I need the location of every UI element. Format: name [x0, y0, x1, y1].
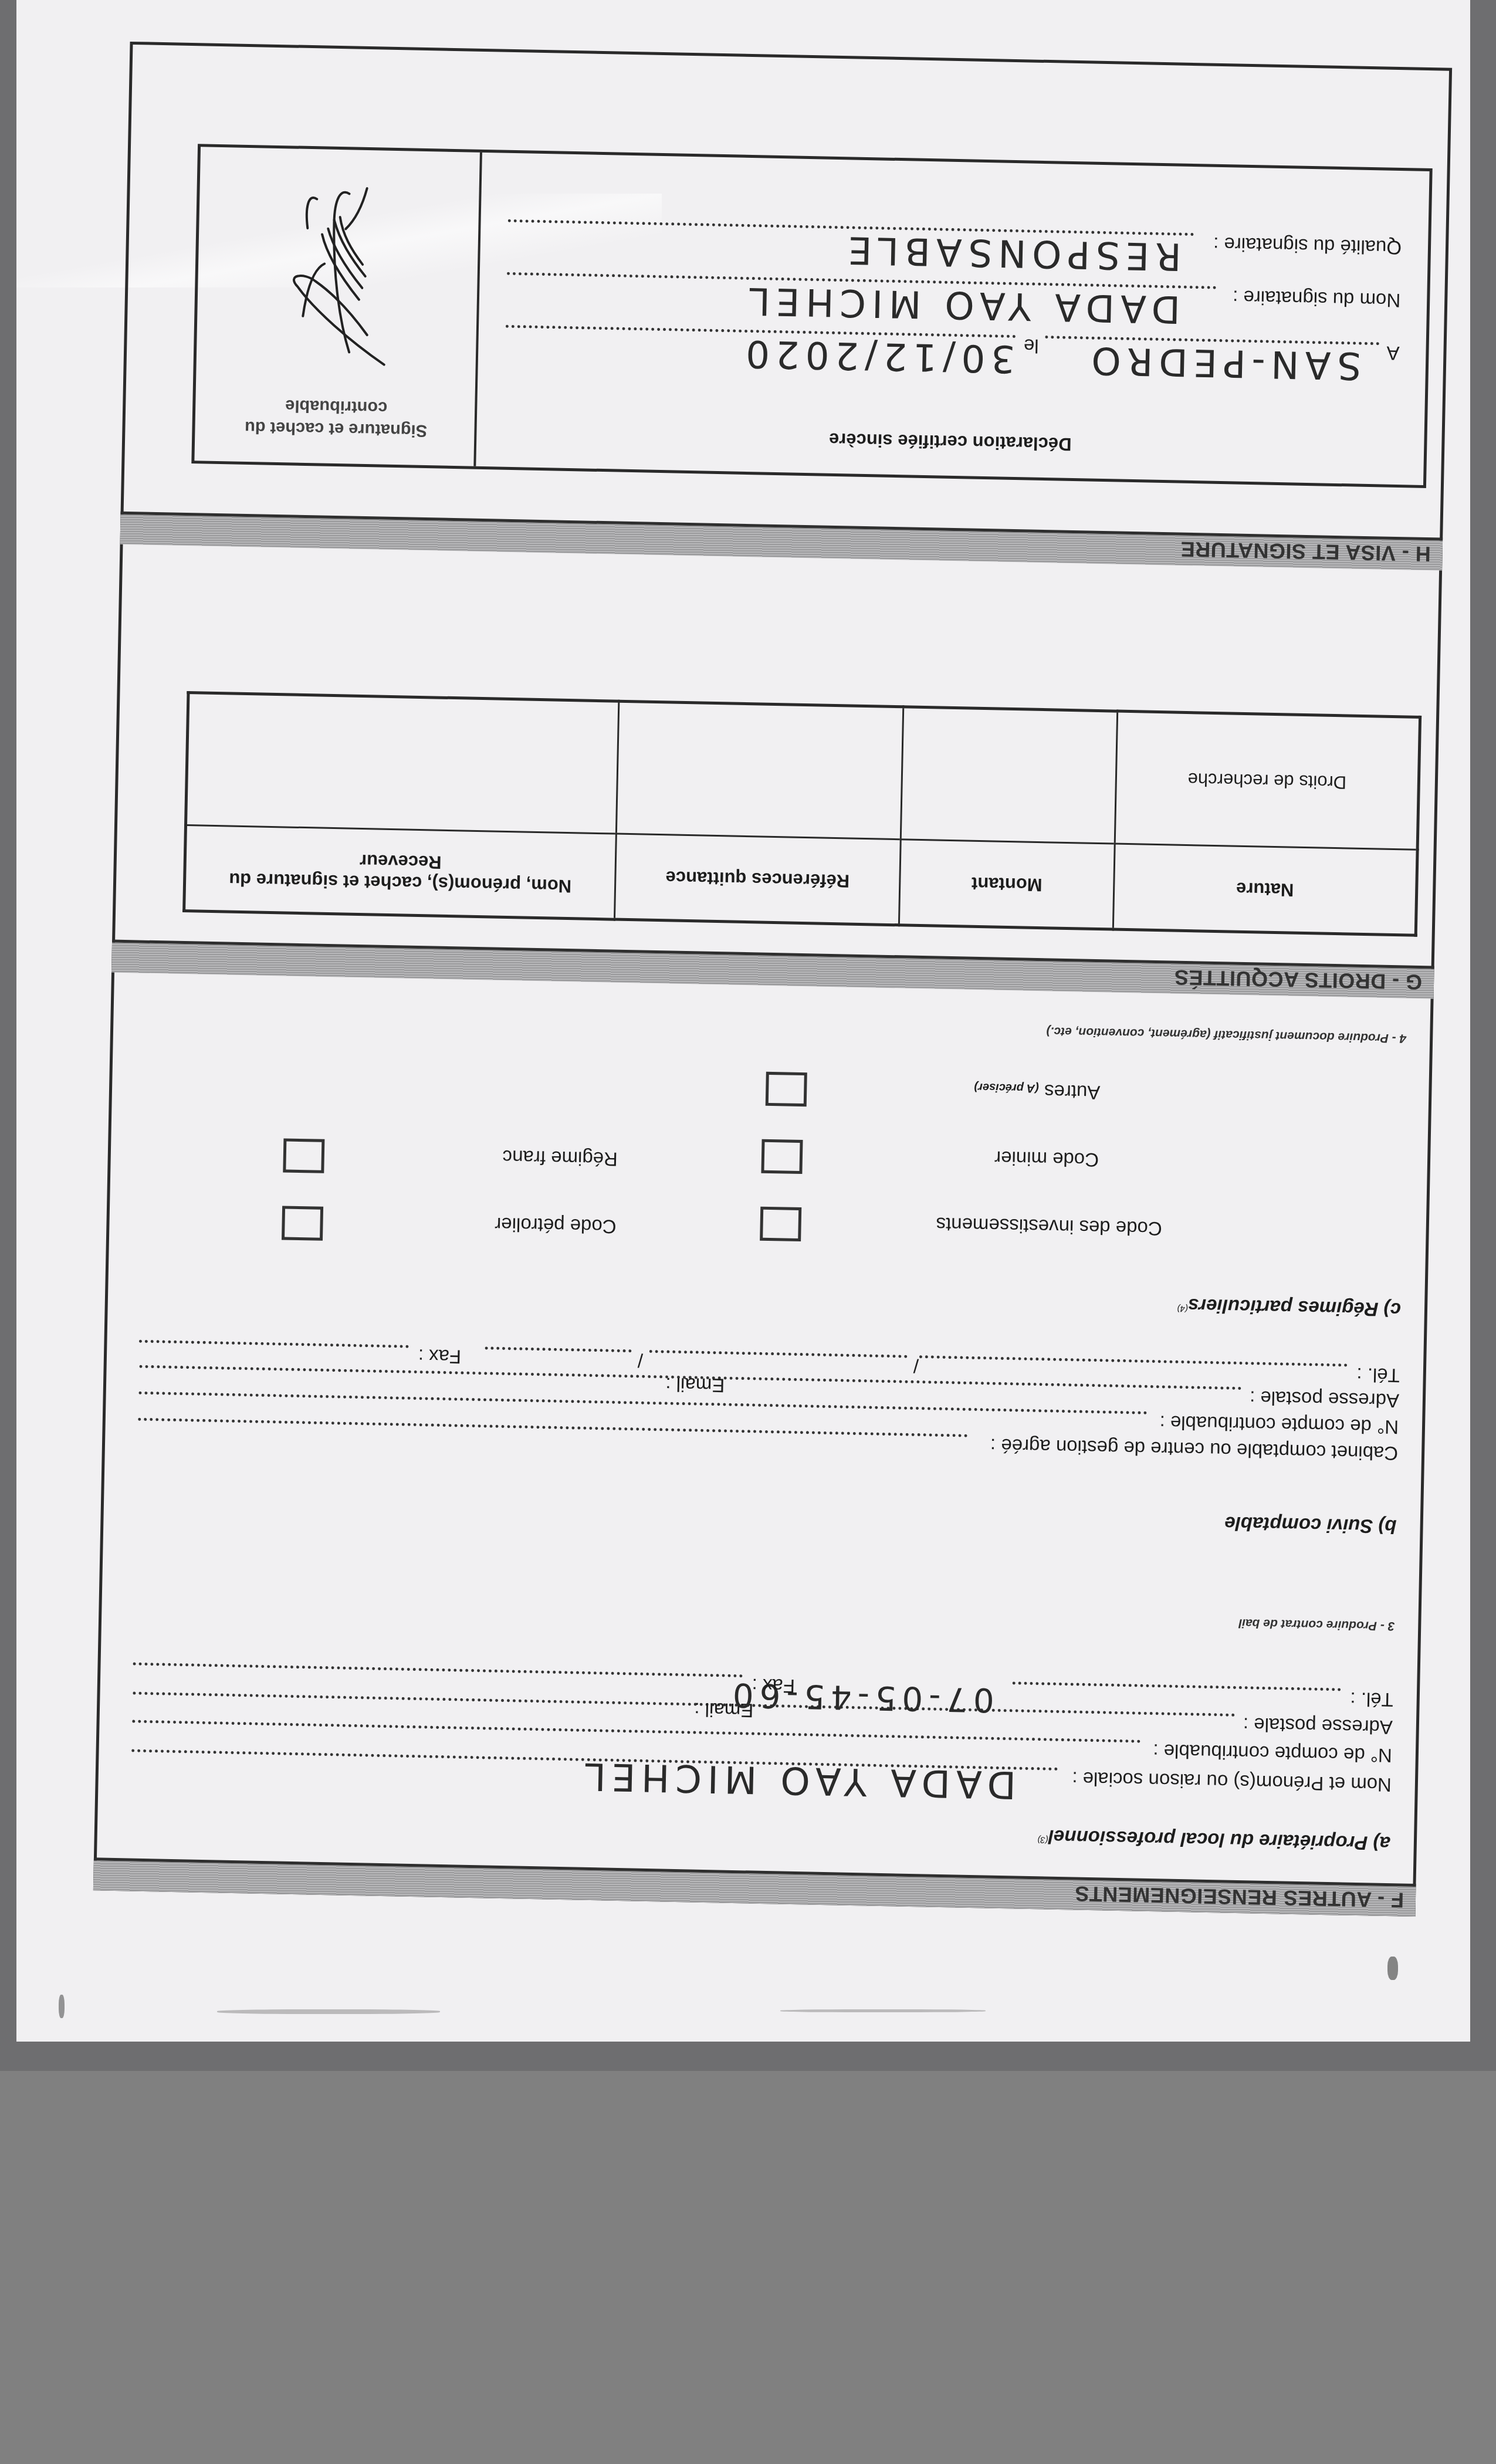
- signature-panel: Signature et cachet du contribuable: [194, 147, 482, 466]
- col-references-quittance: Références quittance: [614, 834, 901, 925]
- owner-name-label: Nom et Prénom(s) ou raison sociale :: [1072, 1767, 1392, 1796]
- signature-box: Déclaration certifiée sincère A SAN-PEDR…: [191, 144, 1432, 488]
- option-code-minier-checkbox[interactable]: [761, 1139, 803, 1174]
- declaration-panel: Déclaration certifiée sincère A SAN-PEDR…: [473, 153, 1429, 485]
- droits-acquittes-table: Nature Montant Références quittance Nom,…: [182, 691, 1421, 937]
- cabinet-email-label: Email :: [665, 1373, 725, 1397]
- cabinet-account-field[interactable]: [138, 1392, 1147, 1414]
- cabinet-fax-label: Fax :: [418, 1345, 461, 1368]
- owner-name-value: DADA YAO MICHEL: [578, 1754, 1016, 1806]
- section-g-header: G - DROITS ACQUITTÉS: [111, 940, 1434, 999]
- signatory-name-value: DADA YAO MICHEL: [743, 279, 1181, 331]
- cabinet-tel-label: Tél. :: [1356, 1363, 1400, 1386]
- col-montant: Montant: [899, 840, 1115, 929]
- col-nature: Nature: [1113, 844, 1417, 935]
- signatory-quality-label: Qualité du signataire :: [1213, 233, 1402, 259]
- option-autres-checkbox[interactable]: [766, 1072, 807, 1106]
- owner-account-label: N° de compte contribuable :: [1153, 1739, 1392, 1766]
- cabinet-tel-field-2[interactable]: [649, 1350, 907, 1358]
- signatory-name-label: Nom du signataire :: [1233, 286, 1401, 312]
- table-row: Droits de recherche: [186, 693, 1420, 850]
- signature-caption: Signature et cachet du contribuable: [195, 392, 477, 443]
- cabinet-label: Cabinet comptable ou centre de gestion a…: [990, 1434, 1399, 1465]
- owner-fax-label: Fax :: [752, 1674, 795, 1697]
- section-f-a-title: a) Propriétaire du local professionnel(3…: [1037, 1825, 1390, 1854]
- handwritten-signature-icon: [255, 180, 423, 377]
- cabinet-account-label: N° de compte contribuable :: [1159, 1411, 1399, 1438]
- cell-receveur[interactable]: [186, 693, 619, 834]
- option-code-investissements-label: Code des investissements: [936, 1213, 1162, 1240]
- cabinet-tel-field[interactable]: [919, 1355, 1347, 1367]
- footnote-contrat-bail: 3 - Produire contrat de bail: [1238, 1616, 1395, 1633]
- owner-fax-field[interactable]: [133, 1663, 743, 1678]
- signatory-quality-value: RESPONSABLE: [842, 228, 1182, 277]
- option-regime-franc-label: Régime franc: [502, 1146, 618, 1170]
- footnote-justificatif: 4 - Produire document justificatif (agré…: [1046, 1024, 1406, 1045]
- owner-tel-field[interactable]: [1012, 1681, 1341, 1691]
- option-code-petrolier-label: Code pétrolier: [495, 1213, 617, 1238]
- cabinet-tel-field-3[interactable]: [485, 1346, 631, 1352]
- tax-form-page: F - AUTRES RENSEIGNEMENTS a) Propriétair…: [93, 42, 1452, 1917]
- scan-artifact: [59, 1995, 65, 2018]
- scan-artifact: [217, 2009, 440, 2014]
- cell-references[interactable]: [616, 701, 903, 840]
- owner-address-label: Adresse postale :: [1243, 1713, 1393, 1738]
- cabinet-fax-field[interactable]: [138, 1340, 408, 1348]
- col-receveur: Nom, prénom(s), cachet et signature du R…: [184, 825, 617, 920]
- option-autres-label: Autres (A préciser): [974, 1079, 1101, 1104]
- option-code-petrolier-checkbox[interactable]: [282, 1206, 323, 1240]
- section-h-header: H - VISA ET SIGNATURE: [120, 512, 1443, 571]
- declaration-title: Déclaration certifiée sincère: [476, 422, 1424, 462]
- cabinet-tel-separator-2: /: [637, 1349, 643, 1372]
- place-value: SAN-PEDRO: [1085, 338, 1362, 387]
- cell-nature: Droits de recherche: [1115, 711, 1420, 849]
- section-f-c-title: c) Régimes particuliers(4): [1177, 1294, 1401, 1321]
- cell-montant[interactable]: [901, 707, 1117, 844]
- place-label: A: [1386, 342, 1400, 364]
- section-f-b-title: b) Suivi comptable: [1224, 1512, 1397, 1538]
- option-regime-franc-checkbox[interactable]: [283, 1138, 324, 1173]
- option-code-investissements-checkbox[interactable]: [760, 1207, 801, 1241]
- option-code-minier-label: Code minier: [994, 1147, 1099, 1172]
- cabinet-field[interactable]: [137, 1418, 967, 1437]
- cabinet-address-label: Adresse postale :: [1250, 1386, 1400, 1412]
- date-value: 30/12/2020: [740, 331, 1016, 380]
- paper-tear-mark: [1387, 1957, 1398, 1980]
- date-label: le: [1024, 334, 1039, 357]
- owner-address-field[interactable]: [132, 1692, 1235, 1717]
- scan-artifact: [780, 2009, 986, 2012]
- owner-account-field[interactable]: [131, 1720, 1140, 1742]
- cabinet-tel-separator: /: [913, 1355, 919, 1377]
- owner-tel-label: Tél. :: [1350, 1688, 1393, 1711]
